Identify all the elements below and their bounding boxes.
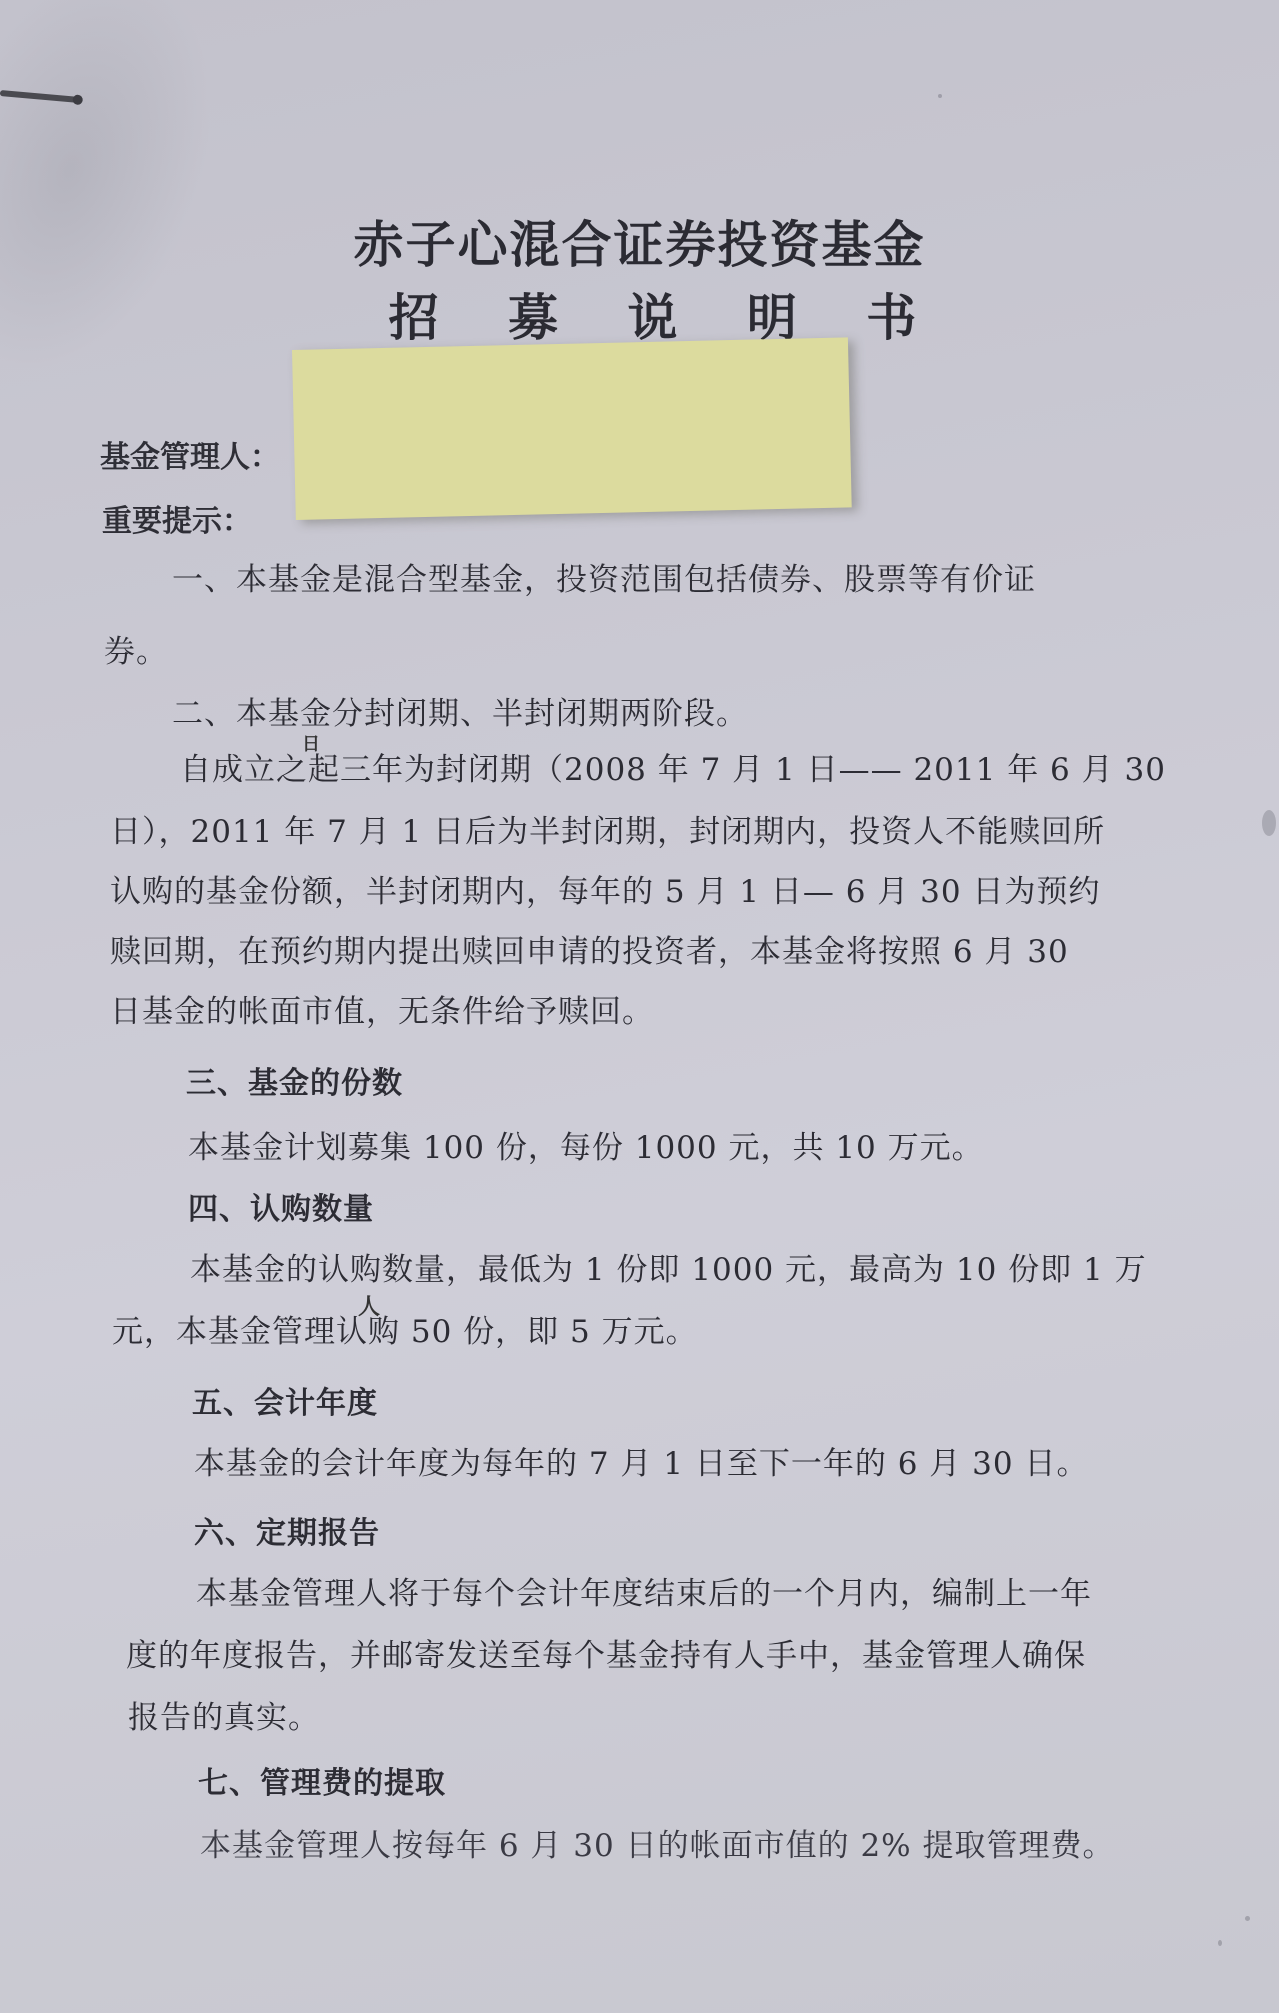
paper-speck bbox=[1245, 1916, 1250, 1921]
clause-2-para-line-1: 自成立之起三年为封闭期（2008 年 7 月 1 日—— 2011 年 6 月 … bbox=[180, 744, 1166, 789]
section-3-body: 本基金计划募集 100 份，每份 1000 元，共 10 万元。 bbox=[188, 1122, 984, 1167]
section-6-body-line-1: 本基金管理人将于每个会计年度结束后的一个月内，编制上一年 bbox=[196, 1568, 1092, 1613]
clause-1-line-1: 一、本基金是混合型基金，投资范围包括债券、股票等有价证 bbox=[172, 554, 1036, 599]
document-title: 赤子心混合证券投资基金 bbox=[0, 205, 1279, 277]
redaction-sticky-note bbox=[292, 337, 852, 520]
section-6-body-line-3: 报告的真实。 bbox=[128, 1692, 320, 1737]
paper-mark bbox=[1262, 810, 1276, 836]
section-4-body-line-2: 元，本基金管理认购 50 份，即 5 万元。 bbox=[112, 1306, 698, 1351]
paper-speck bbox=[938, 94, 942, 98]
clause-2: 二、本基金分封闭期、半封闭期两阶段。 bbox=[172, 688, 748, 733]
section-7-heading: 七、管理费的提取 bbox=[198, 1758, 446, 1802]
section-5-heading: 五、会计年度 bbox=[192, 1378, 378, 1422]
clause-2-para-line-3: 认购的基金份额，半封闭期内，每年的 5 月 1 日— 6 月 30 日为预约 bbox=[110, 866, 1100, 911]
section-4-heading: 四、认购数量 bbox=[188, 1184, 374, 1228]
clause-2-para-line-4: 赎回期，在预约期内提出赎回申请的投资者，本基金将按照 6 月 30 bbox=[110, 926, 1069, 971]
section-7-body: 本基金管理人按每年 6 月 30 日的帐面市值的 2% 提取管理费。 bbox=[200, 1820, 1114, 1865]
clause-2-para-line-2: 日），2011 年 7 月 1 日后为半封闭期，封闭期内，投资人不能赎回所 bbox=[110, 806, 1105, 851]
important-notice-label: 重要提示： bbox=[102, 496, 252, 540]
paper-speck bbox=[1218, 1940, 1222, 1946]
fund-manager-label: 基金管理人： bbox=[100, 432, 280, 476]
clause-2-para-line-5: 日基金的帐面市值，无条件给予赎回。 bbox=[110, 986, 654, 1031]
section-4-body-line-1: 本基金的认购数量，最低为 1 份即 1000 元，最高为 10 份即 1 万 bbox=[190, 1244, 1147, 1289]
document-subtitle: 招 募 说 明 书 bbox=[0, 278, 1279, 350]
section-5-body: 本基金的会计年度为每年的 7 月 1 日至下一年的 6 月 30 日。 bbox=[194, 1438, 1088, 1483]
section-6-heading: 六、定期报告 bbox=[194, 1508, 380, 1552]
section-3-heading: 三、基金的份数 bbox=[186, 1058, 403, 1102]
clause-1-line-2: 券。 bbox=[104, 626, 168, 671]
document-page: 赤子心混合证券投资基金 招 募 说 明 书 基金管理人： 重要提示： 一、本基金… bbox=[0, 0, 1279, 2013]
section-6-body-line-2: 度的年度报告，并邮寄发送至每个基金持有人手中，基金管理人确保 bbox=[126, 1630, 1086, 1675]
